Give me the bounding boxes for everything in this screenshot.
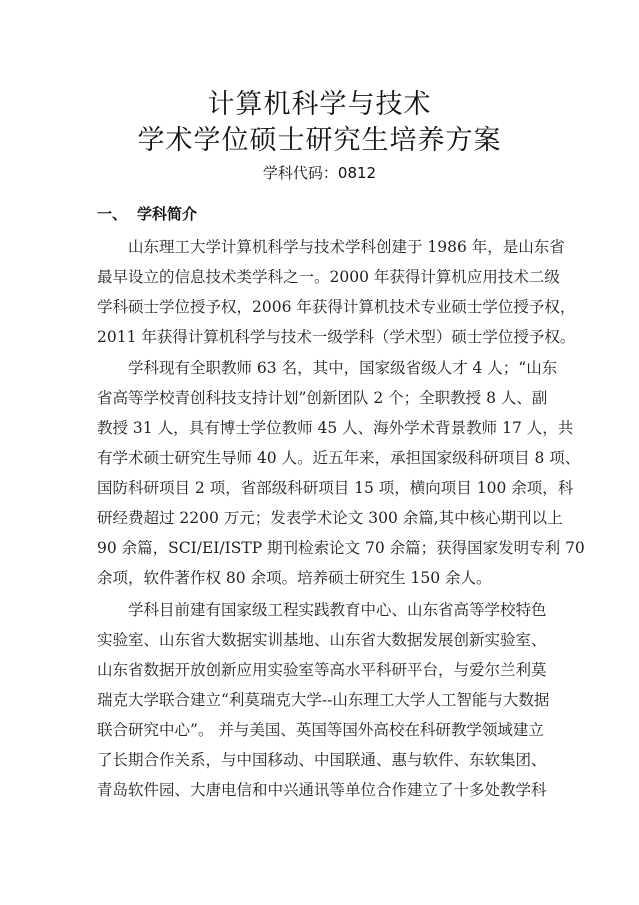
paragraph-2-line-5: 国防科研项目 2 项，省部级科研项目 15 项，横向项目 100 余项，科 <box>97 478 539 498</box>
paragraph-2-line-4: 有学术硕士研究生导师 40 人。近五年来，承担国家级科研项目 8 项、 <box>97 448 539 468</box>
section-number: 一、 <box>97 203 137 224</box>
paragraph-1-line-3: 学科硕士学位授予权，2006 年获得计算机技术专业硕士学位授予权， <box>97 297 539 317</box>
paragraph-3-line-3: 山东省数据开放创新应用实验室等高水平科研平台，与爱尔兰利莫 <box>97 660 539 680</box>
document-title-line2: 学术学位硕士研究生培养方案 <box>0 118 639 157</box>
paragraph-3-line-1: 学科目前建有国家级工程实践教育中心、山东省高等学校特色 <box>128 600 539 620</box>
document-title-line1: 计算机科学与技术 <box>0 82 639 121</box>
paragraph-1-line-4: 2011 年获得计算机科学与技术一级学科（学术型）硕士学位授予权。 <box>97 327 539 347</box>
paragraph-3-line-7: 青岛软件园、大唐电信和中兴通讯等单位合作建立了十多处教学科 <box>97 780 539 800</box>
paragraph-1-line-2: 最早设立的信息技术类学科之一。2000 年获得计算机应用技术二级 <box>97 267 539 287</box>
paragraph-1-line-1: 山东理工大学计算机科学与技术学科创建于 1986 年，是山东省 <box>128 237 539 257</box>
paragraph-2-line-3: 教授 31 人，具有博士学位教师 45 人、海外学术背景教师 17 人，共 <box>97 418 539 438</box>
paragraph-2-line-6: 研经费超过 2200 万元；发表学术论文 300 余篇,其中核心期刊以上 <box>97 508 539 528</box>
section-title: 学科简介 <box>137 205 197 223</box>
paragraph-2-line-2: 省高等学校青创科技支持计划”创新团队 2 个；全职教授 8 人、副 <box>97 388 539 408</box>
document-page: 计算机科学与技术 学术学位硕士研究生培养方案 学科代码：0812 一、学科简介 … <box>0 0 639 905</box>
paragraph-3-line-4: 瑞克大学联合建立“利莫瑞克大学--山东理工大学人工智能与大数据 <box>97 690 539 710</box>
paragraph-2-line-1: 学科现有全职教师 63 名，其中，国家级省级人才 4 人；“山东 <box>128 358 539 378</box>
paragraph-2-line-7: 90 余篇，SCI/EI/ISTP 期刊检索论文 70 余篇；获得国家发明专利 … <box>97 538 539 558</box>
paragraph-2-line-8: 余项，软件著作权 80 余项。培养硕士研究生 150 余人。 <box>97 568 539 588</box>
paragraph-3-line-5: 联合研究中心”。 并与美国、英国等国外高校在科研教学领域建立 <box>97 720 539 740</box>
section-heading: 一、学科简介 <box>97 203 197 224</box>
paragraph-3-line-2: 实验室、山东省大数据实训基地、山东省大数据发展创新实验室、 <box>97 630 539 650</box>
subject-code: 学科代码：0812 <box>0 162 639 183</box>
paragraph-3-line-6: 了长期合作关系，与中国移动、中国联通、惠与软件、东软集团、 <box>97 750 539 770</box>
